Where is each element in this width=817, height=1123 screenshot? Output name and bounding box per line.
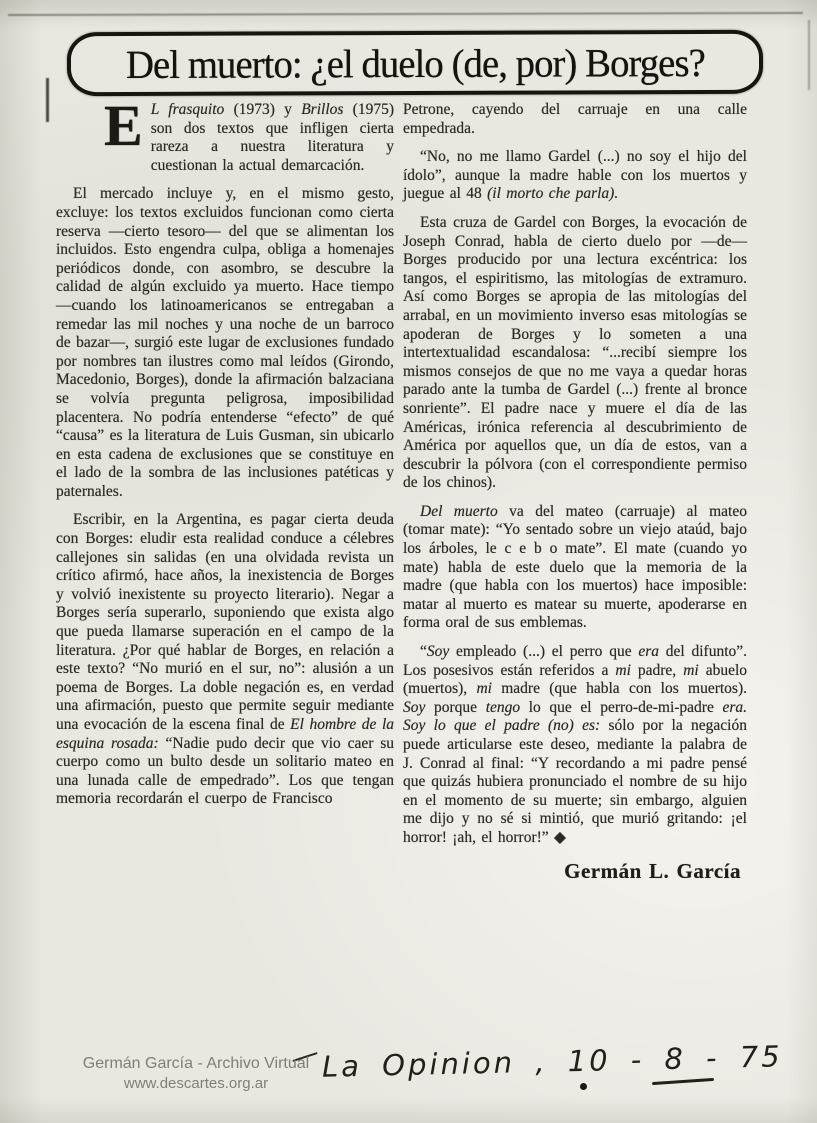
handwritten-underline-stroke [652, 1078, 714, 1085]
text-segment: Esta cruza de Gardel con Borges, la evoc… [403, 214, 747, 491]
text-segment: mi [615, 662, 631, 679]
text-segment: Brillos [301, 101, 343, 118]
text-segment: madre (que habla con los muertos). [492, 680, 747, 697]
text-segment: Soy [427, 643, 449, 660]
text-segment: empleado (...) el perro que [449, 643, 638, 660]
text-segment: lo que el perro-de-mi-padre [520, 699, 722, 716]
text-segment: Del muerto [420, 503, 498, 520]
text-segment: porque [425, 699, 485, 716]
text-segment: va del mateo (carruaje) al mateo (tomar … [403, 503, 747, 632]
paragraph: Del muerto va del mateo (carruaje) al ma… [403, 503, 747, 633]
text-segment: sólo por la negación puede articularse e… [403, 717, 747, 846]
title-box: Del muerto: ¿el duelo (de, por) Borges? [67, 30, 763, 96]
ink-dot [580, 1083, 587, 1090]
text-segment: Soy [403, 699, 425, 716]
handwritten-source-note: La Opinion , 10 - 8 - 75 [322, 1040, 743, 1084]
text-segment: padre, [631, 662, 683, 679]
article-column-right: Petrone, cayendo del carruaje en una cal… [403, 101, 747, 880]
text-segment: Escribir, en la Argentina, es pagar cier… [56, 511, 394, 733]
scan-mark-right [808, 20, 810, 90]
drop-cap: E [104, 103, 143, 163]
paragraph: El mercado incluye y, en el mismo gesto,… [56, 185, 394, 501]
text-segment: El mercado incluye y, en el mismo gesto,… [56, 185, 394, 500]
paragraph: Petrone, cayendo del carruaje en una cal… [403, 101, 747, 138]
archive-credit-name: Germán García - Archivo Virtual [76, 1053, 316, 1074]
text-segment: Petrone, cayendo del carruaje en una cal… [403, 101, 747, 137]
paragraph: “Soy empleado (...) el perro que era del… [403, 643, 747, 848]
text-segment: (il morto che parla). [487, 185, 618, 202]
paragraph: Esta cruza de Gardel con Borges, la evoc… [403, 214, 747, 493]
article-title: Del muerto: ¿el duelo (de, por) Borges? [125, 38, 704, 87]
paragraph: EL frasquito (1973) y Brillos (1975) son… [56, 101, 394, 175]
text-segment: era [638, 643, 659, 660]
text-segment: (1973) y [224, 101, 301, 118]
byline: Germán L. García [403, 862, 741, 881]
scan-mark-left [46, 78, 49, 122]
archive-credit: Germán García - Archivo Virtual www.desc… [76, 1053, 316, 1094]
archive-credit-url: www.descartes.org.ar [76, 1074, 316, 1094]
text-segment: “ [420, 643, 427, 660]
text-segment: L frasquito [151, 101, 225, 118]
text-segment: mi [476, 680, 492, 697]
article-column-left: EL frasquito (1973) y Brillos (1975) son… [56, 101, 394, 819]
paragraph: Escribir, en la Argentina, es pagar cier… [56, 511, 394, 809]
text-segment: Germán L. García [564, 859, 741, 883]
scan-edge-top-line [8, 12, 803, 16]
text-segment: tengo [486, 699, 520, 716]
scanned-newspaper-page: Del muerto: ¿el duelo (de, por) Borges? … [0, 0, 817, 1123]
text-segment: mi [683, 662, 699, 679]
paragraph: “No, no me llamo Gardel (...) no soy el … [403, 148, 747, 204]
